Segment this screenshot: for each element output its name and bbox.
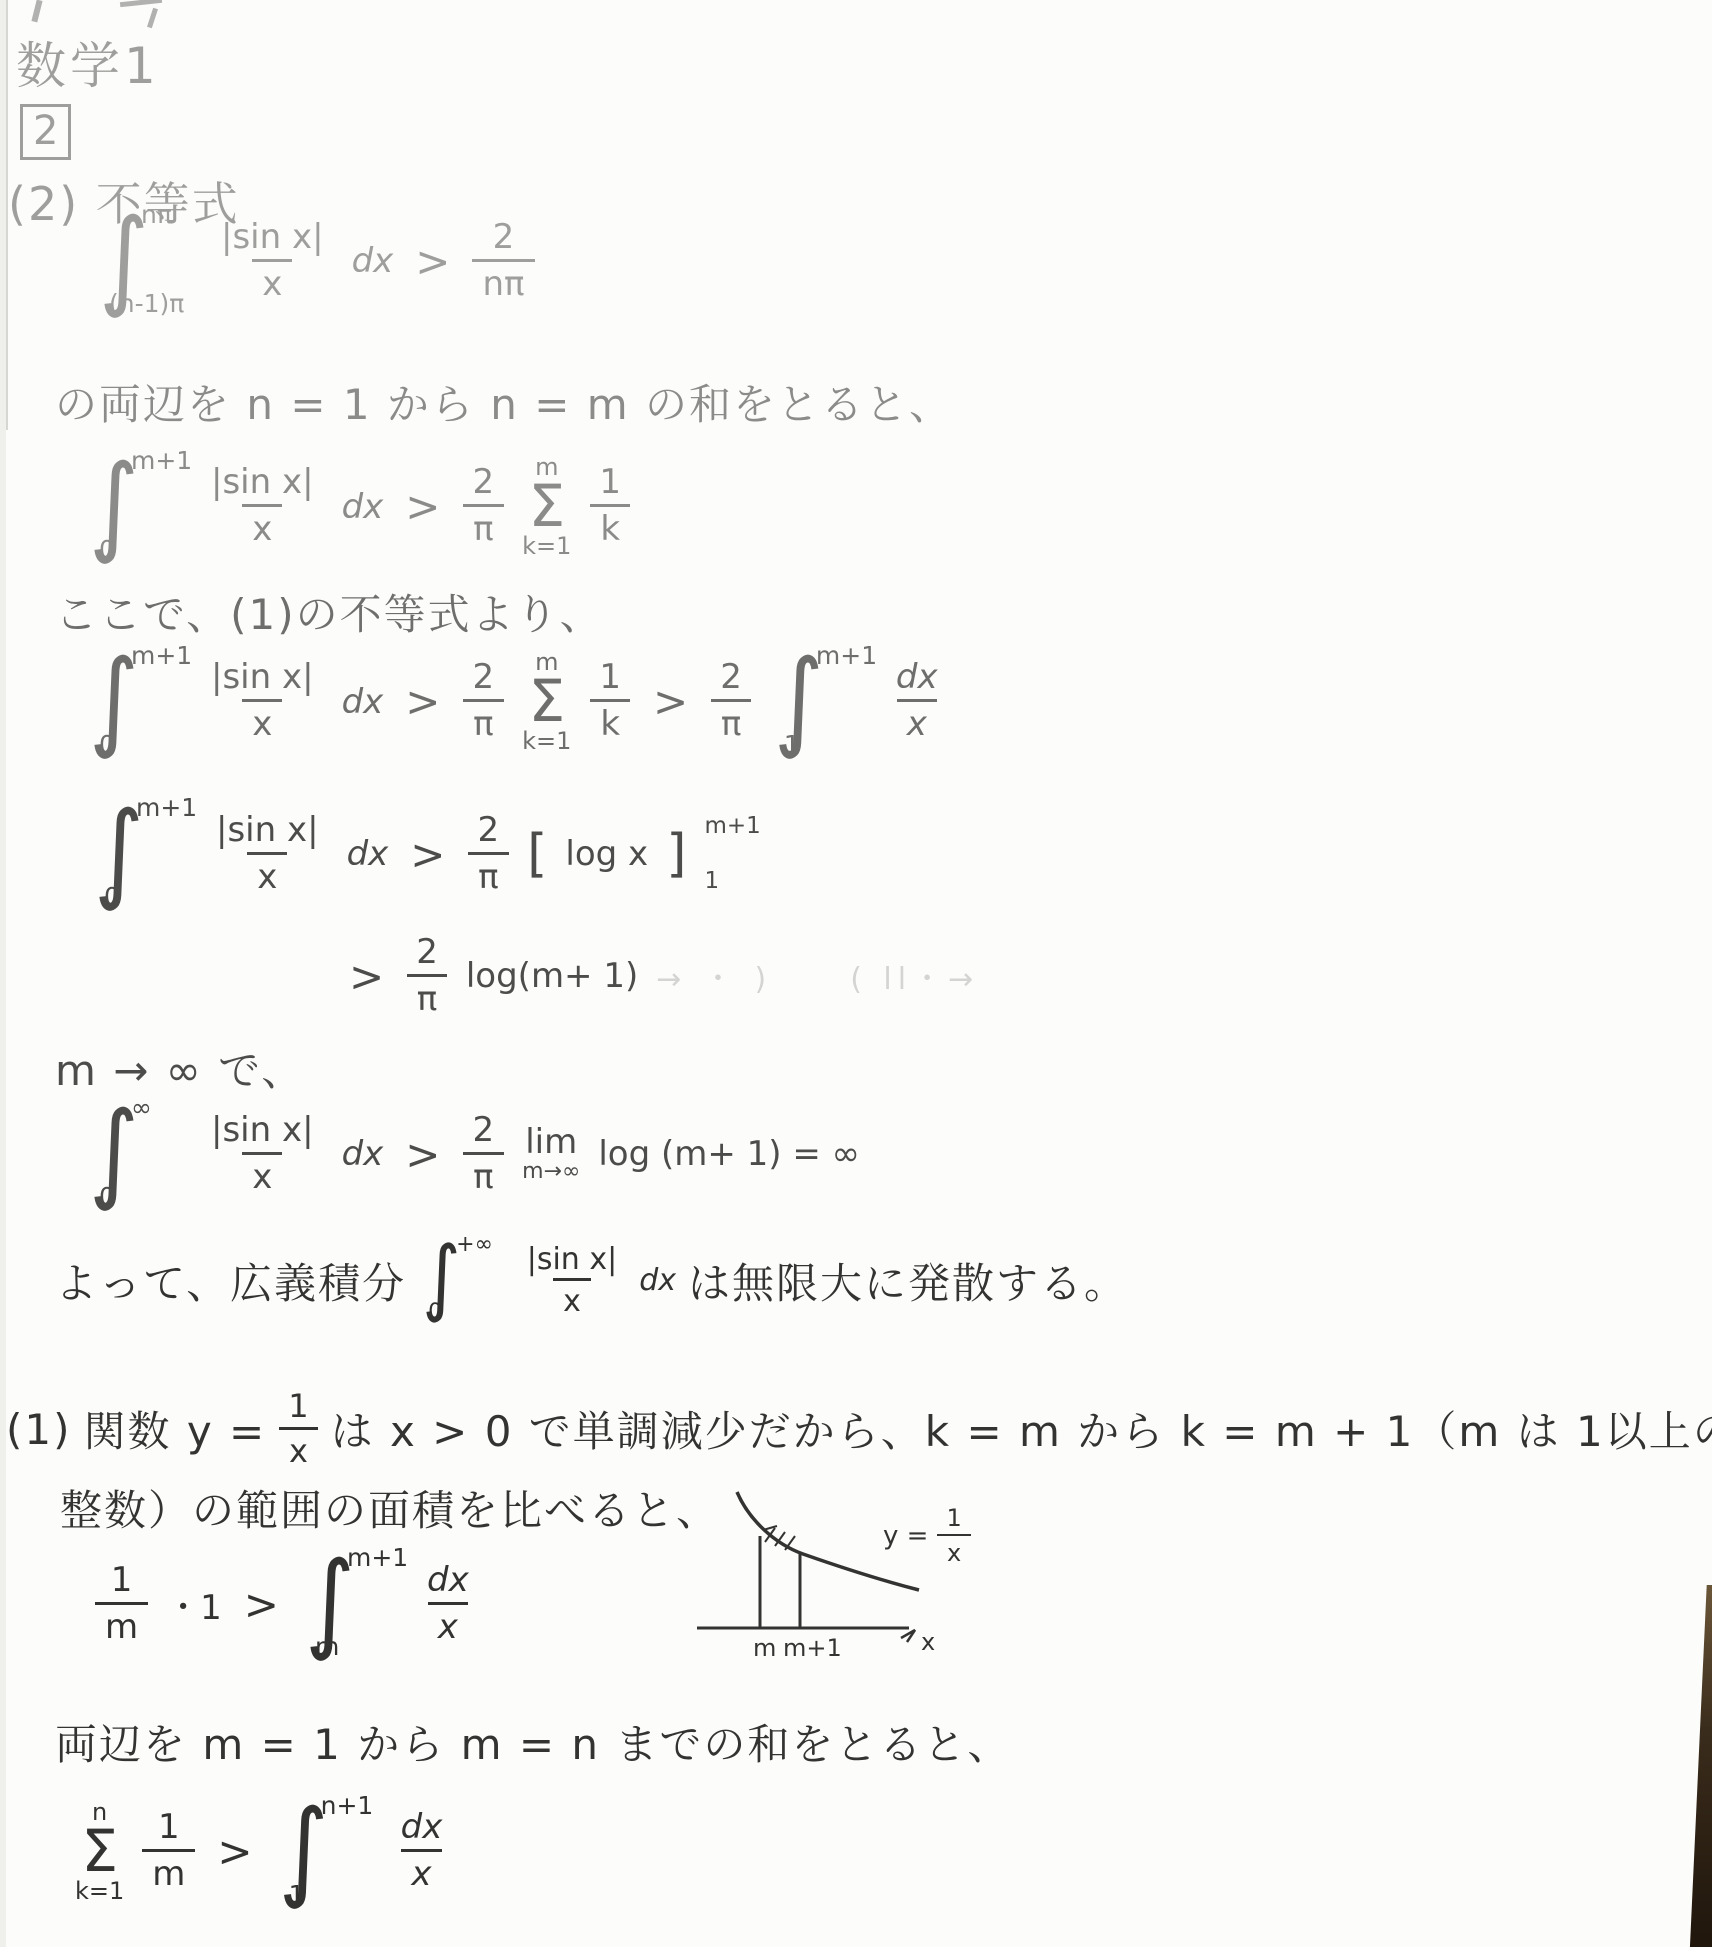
integral: ∫ +∞ 0 [418,1240,505,1321]
bracket-lower-limit: 1 [704,870,760,893]
fraction-denominator: nπ [472,259,534,303]
formula-4: ∫ m+1 0 |sin x| x dx > 2 π [ log x ] m+1… [90,805,761,903]
fraction-numerator: 2 [406,935,448,974]
cutoff-stroke [31,0,42,22]
x-axis-arrow [901,1630,915,1642]
part1-line2: 整数）の範囲の面積を比べると、 [60,1478,720,1538]
fraction: 2 nπ [472,220,534,302]
integral: ∫ m+1 0 [85,653,183,751]
integral: ∫ m+1 0 [90,805,188,903]
fraction-numerator: dx [391,1810,453,1849]
dx: dx [342,487,384,527]
integral: ∫ m+1 1 [770,653,868,751]
cutoff-stroke [120,0,162,7]
sentence-sum-both-sides-m: 両辺を m = 1 から m = n までの和をとると、 [55,1712,1011,1772]
limit: lim m→∞ [522,1125,580,1183]
tick-label-m: m [753,1634,776,1662]
part1-label: (1) [6,1405,72,1454]
x-axis-label: x [921,1628,935,1656]
formula-6: ∫ ∞ 0 |sin x| x dx > 2 π lim m→∞ log (m+… [85,1105,860,1203]
fraction-denominator: k [590,504,630,548]
fraction-denominator: π [407,974,447,1018]
integral-upper-limit: nπ [141,200,172,229]
integral-upper-limit: m+1 [816,641,877,670]
dx: dx [342,1134,384,1174]
fraction-denominator: x [401,1849,441,1893]
fraction-numerator: 1 [589,660,631,699]
fraction-numerator: dx [886,660,948,699]
fraction-denominator: π [463,699,503,743]
fraction-denominator: x [897,699,937,743]
fraction: 1 m [95,1563,148,1645]
fraction: |sin x| x [201,465,324,547]
integral: ∫ ∞ 0 [85,1105,183,1203]
summation: n Σ k=1 [75,1800,124,1903]
tick-label-m-plus-1: m+1 [783,1634,842,1662]
integral-upper-limit: n+1 [321,1791,374,1820]
integral-upper-limit: m+1 [131,641,192,670]
greater-than: > [345,952,388,1001]
fraction-denominator: k [590,699,630,743]
integral-upper-limit: ∞ [131,1093,152,1122]
fraction: 1 x [936,1506,971,1566]
fraction: |sin x| x [206,813,329,895]
fraction: 2 π [462,660,504,742]
fraction-numerator: 2 [710,660,752,699]
fraction-numerator: 2 [483,220,525,259]
part1-line1-post: は x > 0 で単調減少だから、k = m から k = m + 1（m は … [331,1399,1712,1459]
fraction-denominator: x [242,1152,282,1196]
bracket-body: log x [565,834,648,874]
fraction: |sin x| x [201,1113,324,1195]
fraction-denominator: x [242,699,282,743]
fraction-numerator: |sin x| [201,1113,324,1152]
graph-y-equals-1-over-x: m m+1 x y = 1 x [625,1490,1005,1670]
formula-1: ∫ nπ (n-1)π |sin x| x dx > 2 nπ [95,212,535,310]
greater-than: > [401,677,444,726]
fraction-numerator: |sin x| [211,220,334,259]
part2-label: (2) [8,177,79,231]
integral-upper-limit: +∞ [456,1232,493,1257]
integral-lower-limit: 0 [99,730,115,759]
fraction-denominator: π [463,1152,503,1196]
fraction: dx x [391,1810,453,1892]
fraction-denominator: x [553,1278,591,1318]
integral-upper-limit: m+1 [131,446,192,475]
lim-subscript: m→∞ [522,1161,580,1183]
summation: m Σ k=1 [522,650,571,753]
sigma-sign: Σ [81,1824,118,1879]
integral-lower-limit: 1 [784,730,800,759]
formula-5: > 2 π log(m+ 1) → ・ ) ( ll・→ [345,935,979,1017]
integral: ∫ nπ (n-1)π [95,212,193,310]
problem-number-box: 2 [20,104,71,160]
fraction-numerator: 2 [467,813,509,852]
greater-than: > [240,1580,283,1629]
fraction: 1 k [589,465,631,547]
sum-lower-limit: k=1 [522,534,571,558]
lim-word: lim [525,1125,577,1159]
therefore-pre: よって、広義積分 [55,1251,406,1311]
dx: dx [342,682,384,722]
fraction-denominator: π [463,504,503,548]
fraction: dx x [417,1563,479,1645]
integral-lower-limit: 1 [289,1880,305,1909]
curve-label: y = 1 x [883,1506,972,1566]
fraction-numerator: |sin x| [201,660,324,699]
part1-line1-pre: 関数 y = [84,1399,267,1459]
fraction: 2 π [462,1113,504,1195]
therefore-post: は無限大に発散する。 [688,1251,1128,1311]
page-title: 数学1 [16,26,160,98]
sentence-therefore: よって、広義積分 ∫ +∞ 0 |sin x| x dx は無限大に発散する。 [55,1240,1128,1321]
sigma-sign: Σ [528,479,565,534]
fraction: |sin x| x [211,220,334,302]
fraction: 1 x [278,1390,318,1468]
fraction: 2 π [710,660,752,742]
sigma-sign: Σ [528,674,565,729]
fraction: |sin x| x [517,1244,627,1318]
fraction-denominator: x [279,1427,318,1469]
dx: dx [347,834,389,874]
integral: ∫ m+1 m [301,1555,399,1653]
integral: ∫ n+1 1 [275,1803,373,1901]
fraction-denominator: x [247,852,287,896]
sum-lower-limit: k=1 [75,1879,124,1903]
greater-than: > [406,830,449,879]
erased-pencil-marks: ( ll・→ [850,954,979,998]
integral-lower-limit: 0 [104,882,120,911]
dx: dx [639,1263,676,1298]
bracket-limits: m+1 1 [704,815,760,893]
fraction-numerator: 1 [148,1810,190,1849]
bracket-upper-limit: m+1 [704,815,760,838]
fraction-denominator: π [711,699,751,743]
integral-upper-limit: m+1 [347,1543,408,1572]
fraction-numerator: 2 [462,1113,504,1152]
problem-number: 2 [20,104,71,160]
sentence-here-from-part1: ここで、(1)の不等式より、 [55,582,604,642]
fraction-numerator: 2 [462,465,504,504]
formula-7: 1 m ・1 > ∫ m+1 m dx x [95,1555,479,1653]
fraction-denominator: x [242,504,282,548]
fraction: 1 m [142,1810,195,1892]
fraction: dx x [886,660,948,742]
fraction-numerator: |sin x| [206,813,329,852]
sum-lower-limit: k=1 [522,729,571,753]
fraction: 1 k [589,660,631,742]
fraction-denominator: x [252,259,292,303]
integral-lower-limit: 0 [99,535,115,564]
table-edge-shadow [1688,1585,1712,1947]
integral: ∫ m+1 0 [85,458,183,556]
formula-8: n Σ k=1 1 m > ∫ n+1 1 dx x [75,1800,452,1903]
fraction-denominator: m [142,1849,195,1893]
right-bracket: ] [666,828,686,880]
erased-pencil-marks: → ・ ) [656,954,772,998]
dx: dx [352,241,394,281]
summation: m Σ k=1 [522,455,571,558]
integral-lower-limit: 0 [428,1300,442,1325]
fraction-denominator: π [468,852,508,896]
times-one: ・1 [166,1580,222,1629]
fraction: 2 π [406,935,448,1017]
greater-than: > [649,677,692,726]
greater-than: > [411,237,454,286]
greater-than: > [213,1827,256,1876]
sentence-sum-both-sides-n: の両辺を n = 1 から n = m の和をとると、 [55,372,953,432]
left-bracket: [ [527,828,547,880]
integral-upper-limit: m+1 [136,793,197,822]
fraction-denominator: m [95,1602,148,1646]
greater-than: > [401,482,444,531]
handwritten-math-note: { "colors": { "paper": "#fcfcfa", "penci… [0,0,1712,1947]
fraction: 2 π [467,813,509,895]
formula-3: ∫ m+1 0 |sin x| x dx > 2 π m Σ k=1 1 k >… [85,650,948,753]
formula-2: ∫ m+1 0 |sin x| x dx > 2 π m Σ k=1 1 k [85,455,631,558]
fraction-denominator: x [428,1602,468,1646]
fraction-numerator: dx [417,1563,479,1602]
fraction-numerator: 1 [278,1390,318,1427]
fraction-numerator: |sin x| [517,1244,627,1279]
integral-lower-limit: (n-1)π [109,289,184,318]
log-expression: log(m+ 1) [466,956,638,996]
curve-label-pre: y = [883,1521,928,1551]
integral-lower-limit: m [315,1632,339,1661]
log-expression: log (m+ 1) = ∞ [598,1134,860,1174]
fraction-numerator: 1 [936,1506,971,1534]
fraction-numerator: 1 [589,465,631,504]
greater-than: > [401,1130,444,1179]
fraction-numerator: 1 [101,1563,143,1602]
fraction-denominator: x [937,1534,971,1566]
part1-line1: (1) 関数 y = 1 x は x > 0 で単調減少だから、k = m から… [6,1390,1712,1468]
fraction-numerator: 2 [462,660,504,699]
integral-lower-limit: 0 [99,1182,115,1211]
fraction: 2 π [462,465,504,547]
fraction-numerator: |sin x| [201,465,324,504]
fraction: |sin x| x [201,660,324,742]
